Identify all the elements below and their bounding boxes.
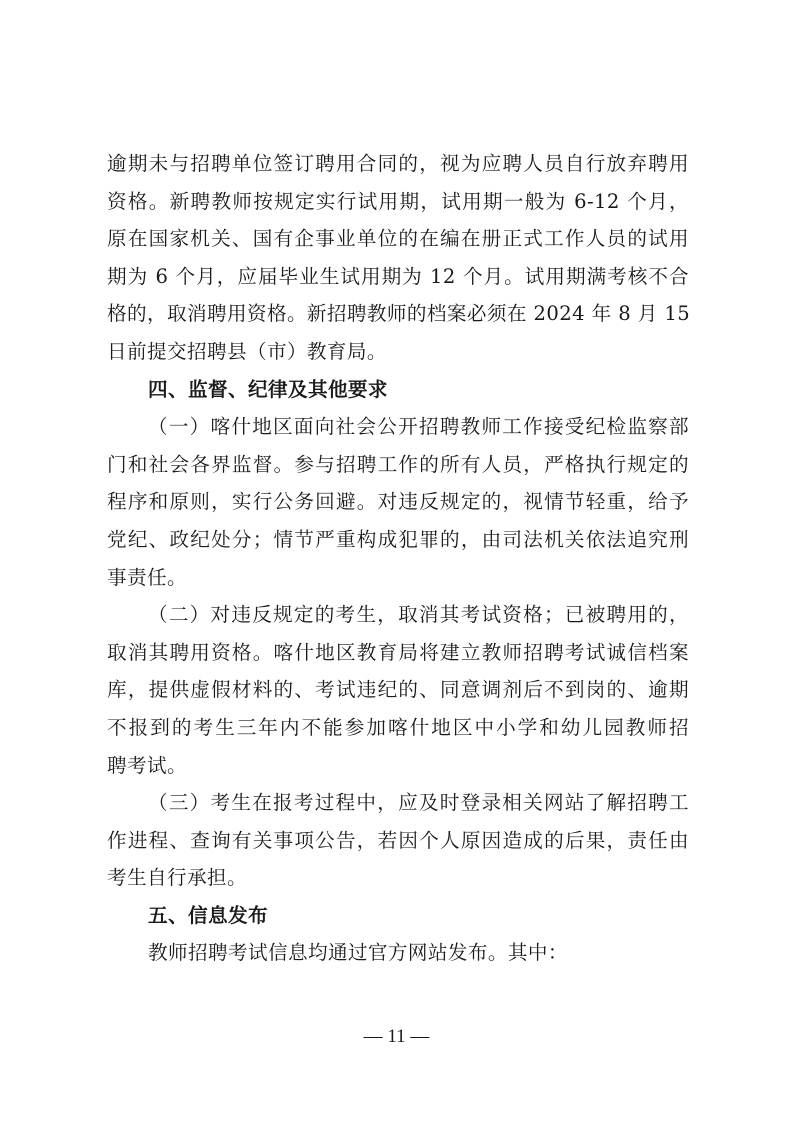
text-line: 考生自行承担。 — [107, 859, 689, 897]
text-line: 教师招聘考试信息均通过官方网站发布。其中： — [107, 934, 689, 972]
paragraph-item-2: （二）对违反规定的考生，取消其考试资格；已被聘用的， 取消其聘用资格。喀什地区教… — [107, 596, 689, 784]
text-line: 逾期未与招聘单位签订聘用合同的，视为应聘人员自行放弃聘用 — [107, 145, 689, 183]
text-line: 党纪、政纪处分；情节严重构成犯罪的，由司法机关依法追究刑 — [107, 521, 689, 559]
section-heading-info-release: 五、信息发布 — [107, 897, 689, 935]
paragraph-continuation: 逾期未与招聘单位签订聘用合同的，视为应聘人员自行放弃聘用 资格。新聘教师按规定实… — [107, 145, 689, 371]
text-line: （一）喀什地区面向社会公开招聘教师工作接受纪检监察部 — [107, 408, 689, 446]
paragraph-info-release: 教师招聘考试信息均通过官方网站发布。其中： — [107, 934, 689, 972]
text-line: 取消其聘用资格。喀什地区教育局将建立教师招聘考试诚信档案 — [107, 634, 689, 672]
text-line: 聘考试。 — [107, 747, 689, 785]
text-line: 期为 6 个月，应届毕业生试用期为 12 个月。试用期满考核不合 — [107, 258, 689, 296]
text-line: 格的，取消聘用资格。新招聘教师的档案必须在 2024 年 8 月 15 — [107, 295, 689, 333]
text-line: 原在国家机关、国有企事业单位的在编在册正式工作人员的试用 — [107, 220, 689, 258]
text-line: 不报到的考生三年内不能参加喀什地区中小学和幼儿园教师招 — [107, 709, 689, 747]
text-line: 程序和原则，实行公务回避。对违反规定的，视情节轻重，给予 — [107, 483, 689, 521]
text-line: 日前提交招聘县（市）教育局。 — [107, 333, 689, 371]
text-line: （三）考生在报考过程中，应及时登录相关网站了解招聘工 — [107, 784, 689, 822]
document-page: 逾期未与招聘单位签订聘用合同的，视为应聘人员自行放弃聘用 资格。新聘教师按规定实… — [107, 145, 689, 972]
section-heading-supervision: 四、监督、纪律及其他要求 — [107, 371, 689, 409]
paragraph-item-3: （三）考生在报考过程中，应及时登录相关网站了解招聘工 作进程、查询有关事项公告，… — [107, 784, 689, 897]
page-number: — 11 — — [0, 1026, 793, 1048]
text-line: 作进程、查询有关事项公告，若因个人原因造成的后果，责任由 — [107, 822, 689, 860]
text-line: 库，提供虚假材料的、考试违纪的、同意调剂后不到岗的、逾期 — [107, 671, 689, 709]
text-line: 事责任。 — [107, 559, 689, 597]
paragraph-item-1: （一）喀什地区面向社会公开招聘教师工作接受纪检监察部 门和社会各界监督。参与招聘… — [107, 408, 689, 596]
text-line: 门和社会各界监督。参与招聘工作的所有人员，严格执行规定的 — [107, 446, 689, 484]
text-line: 资格。新聘教师按规定实行试用期，试用期一般为 6-12 个月， — [107, 183, 689, 221]
text-line: （二）对违反规定的考生，取消其考试资格；已被聘用的， — [107, 596, 689, 634]
